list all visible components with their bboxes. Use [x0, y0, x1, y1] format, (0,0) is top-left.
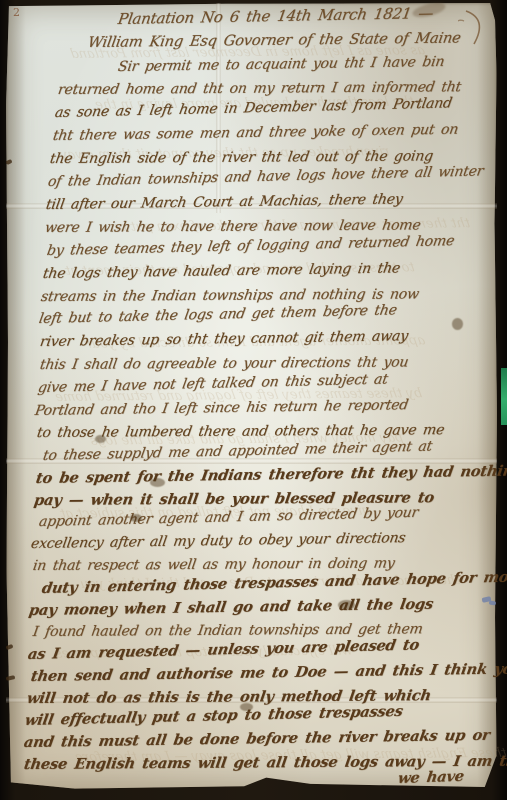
handwritten-line: the English side of the river tht led ou…: [49, 148, 434, 167]
pen-flourish-mark: [458, 8, 492, 48]
handwritten-line: were I wish he to have there have now le…: [44, 217, 422, 236]
ink-blot: [150, 478, 165, 487]
manuscript-scan: 2 as sone as I left home in December las…: [0, 0, 507, 800]
handwritten-line: returned home and tht on my return I am …: [57, 79, 462, 98]
green-ribbon-marker: [501, 368, 507, 425]
ink-blot: [452, 318, 463, 330]
ink-blot: [95, 435, 106, 443]
blue-pencil-mark: [489, 601, 496, 606]
handwritten-closing: we have: [397, 768, 465, 787]
ink-blot: [338, 600, 355, 610]
handwritten-line: this I shall do agreeable to your direct…: [39, 354, 410, 373]
ink-blot: [130, 514, 142, 522]
folio-number: 2: [13, 6, 20, 19]
handwritten-line: in that respect as well as my honour in …: [32, 555, 396, 574]
ink-blot: [240, 703, 253, 711]
